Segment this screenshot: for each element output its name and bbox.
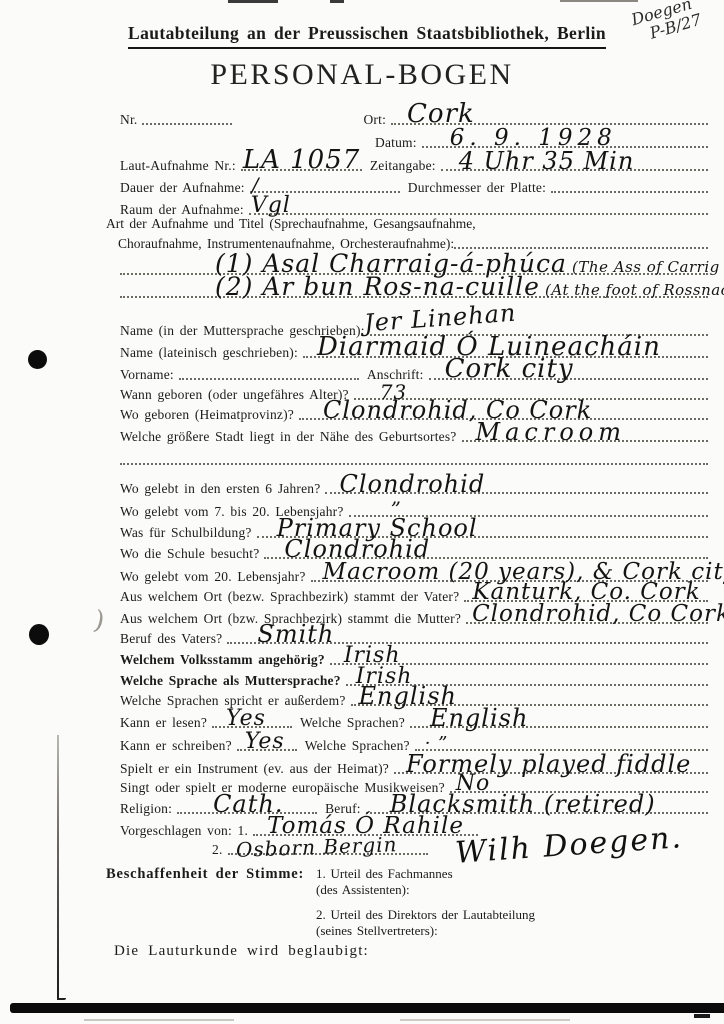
row-nr-ort: Nr. Ort: Cork — [120, 110, 708, 128]
blank-dotted-line — [120, 459, 708, 465]
beruf-vater-label: Beruf des Vaters? — [120, 632, 227, 647]
row-weitere-sprachen: Welche Sprachen spricht er außerdem? Eng… — [120, 689, 708, 709]
hole-punch-top — [28, 350, 47, 369]
religion-label: Religion: — [120, 802, 177, 817]
stimme-label: Beschaffenheit der Stimme: — [106, 866, 316, 883]
row-volksstamm: Welchem Volksstamm angehörig? Irish — [120, 647, 708, 668]
scan-top-dash — [228, 0, 278, 3]
volksstamm-label: Welchem Volksstamm angehörig? — [120, 653, 330, 668]
title-2-value: (2) Ar bun Ros-na-cuille (At the foot of… — [215, 274, 724, 299]
nr-label: Nr. — [120, 113, 142, 128]
gelebt-erste6-line: Clondrohid — [325, 488, 708, 494]
durchmesser-label: Durchmesser der Platte: — [408, 181, 551, 196]
hole-punch-bottom — [29, 624, 49, 645]
beruf-vater-value: Smith — [257, 622, 334, 646]
instrument-value: Formely played fiddle — [406, 752, 691, 776]
anschrift-line: Cork city — [429, 374, 708, 380]
title-2-english: (At the foot of Rossnacille) — [545, 281, 724, 299]
scan-bottom-dash — [84, 1019, 234, 1021]
form-body: Nr. Ort: Cork Datum: 6. 9. 1928 Laut-Auf… — [120, 110, 708, 960]
scanned-personal-bogen-form: Doegen P-B/27 Lautabteilung an der Preus… — [0, 0, 724, 1024]
laut-nr-line: LA 1057 — [241, 165, 362, 171]
schreiben-sprachen-label: Welche Sprachen? — [305, 739, 415, 754]
nr-line — [142, 119, 232, 125]
name-latein-label: Name (lateinisch geschrieben): — [120, 346, 303, 361]
title-2-line: (2) Ar bun Ros-na-cuille (At the foot of… — [120, 292, 708, 298]
urteil-1-line1: 1. Urteil des Fachmannes — [316, 866, 453, 882]
datum-label: Datum: — [375, 136, 422, 151]
scan-fold-line — [57, 735, 59, 1000]
title-2-irish: (2) Ar bun Ros-na-cuille — [215, 272, 540, 301]
row-urteil-2: 2. Urteil des Direktors der Lautabteilun… — [120, 907, 708, 938]
row-art-line1: Art der Aufnahme und Titel (Sprechaufnah… — [120, 218, 708, 232]
urteil-2-line2: (seines Stellvertreters): — [316, 923, 535, 939]
vorgeschlagen2-value: Osborn Bergin — [235, 834, 397, 860]
gelebt-erste6-value: Clondrohid — [339, 472, 485, 496]
lesen-sprachen-value: English — [430, 706, 528, 730]
vorname-label: Vorname: — [120, 368, 179, 383]
gelebt-ab20-label: Wo gelebt vom 20. Lebensjahr? — [120, 570, 311, 585]
ort-vater-label: Aus welchem Ort (bezw. Sprachbezirk) sta… — [120, 590, 464, 605]
stadt-naehe-line: Macroom — [462, 436, 708, 442]
instrument-line: Formely played fiddle — [394, 768, 708, 774]
raum-value: Vgl — [251, 195, 291, 217]
stadt-naehe-label: Welche größere Stadt liegt in der Nähe d… — [120, 430, 462, 445]
institution-header: Lautabteilung an der Preussischen Staats… — [128, 23, 606, 49]
dauer-label: Dauer der Aufnahme: — [120, 181, 250, 196]
row-lesen: Kann er lesen? Yes Welche Sprachen? Engl… — [120, 709, 708, 731]
schreiben-value: Yes — [245, 731, 285, 753]
dauer-value: / — [252, 175, 260, 195]
wann-geboren-label: Wann geboren (oder ungefähres Alter)? — [120, 388, 354, 403]
row-title-2: (2) Ar bun Ros-na-cuille (At the foot of… — [120, 278, 708, 301]
vorname-line — [179, 374, 359, 380]
row-vorname-anschrift: Vorname: Anschrift: Cork city — [120, 361, 708, 383]
row-gelebt-erste6: Wo gelebt in den ersten 6 Jahren? Clondr… — [120, 468, 708, 497]
stadt-naehe-value: Macroom — [476, 420, 626, 444]
laut-nr-value: LA 1057 — [243, 147, 360, 173]
durchmesser-line — [551, 187, 708, 193]
urteil-2: 2. Urteil des Direktors der Lautabteilun… — [316, 907, 535, 938]
weitere-sprachen-line: English — [351, 700, 708, 706]
schule-besucht-label: Wo die Schule besucht? — [120, 547, 264, 562]
name-mutter-value: Jer Linehan — [363, 301, 517, 336]
row-blank-line — [120, 445, 708, 468]
raum-line: Vgl — [249, 209, 708, 215]
row-groessere-stadt: Welche größere Stadt liegt in der Nähe d… — [120, 423, 708, 445]
schreiben-line: Yes — [237, 745, 297, 751]
stray-pen-mark: ) — [91, 605, 107, 636]
ort-value: Cork — [407, 101, 475, 127]
scan-bottom-bar — [10, 1003, 724, 1013]
handwritten-archive-reference: Doegen P-B/27 — [629, 0, 703, 47]
muttersprache-label: Welche Sprache als Muttersprache? — [120, 674, 346, 689]
row-stimme: Beschaffenheit der Stimme: 1. Urteil des… — [120, 866, 708, 897]
row-name-lateinisch: Name (lateinisch geschrieben): Diarmaid … — [120, 339, 708, 361]
gelebt-erste6-label: Wo gelebt in den ersten 6 Jahren? — [120, 482, 325, 497]
beruf-vater-line: Smith — [227, 638, 708, 644]
ort-mutter-line: Clondrohid, Co Cork — [466, 618, 708, 624]
row-lautnr-zeit: Laut-Aufnahme Nr.: LA 1057 Zeitangabe: 4… — [120, 151, 708, 174]
laut-nr-label: Laut-Aufnahme Nr.: — [120, 159, 241, 174]
art-label-line1: Art der Aufnahme und Titel (Sprechaufnah… — [106, 217, 476, 232]
ort-mutter-value: Clondrohid, Co Cork — [472, 603, 724, 626]
scan-top-dash — [330, 0, 344, 3]
lesen-sprachen-label: Welche Sprachen? — [300, 716, 410, 731]
scan-fold-line-foot — [57, 998, 66, 1000]
vorgeschlagen2-line: Osborn Bergin — [228, 849, 428, 855]
instrument-label: Spielt er ein Instrument (ev. aus der He… — [120, 762, 394, 777]
row-ort-mutter: Aus welchem Ort (bzw. Sprachbezirk) stam… — [120, 605, 708, 627]
zeitangabe-label: Zeitangabe: — [370, 159, 441, 174]
row-beruf-vater: Beruf des Vaters? Smith — [120, 627, 708, 647]
lesen-sprachen-line: English — [410, 722, 708, 728]
ort-label: Ort: — [363, 113, 391, 128]
scan-bottom-dash — [400, 1019, 570, 1021]
lesen-line: Yes — [212, 722, 292, 728]
schreiben-label: Kann er schreiben? — [120, 739, 237, 754]
urteil-1-line2: (des Assistenten): — [316, 882, 453, 898]
urteil-2-line1: 2. Urteil des Direktors der Lautabteilun… — [316, 907, 535, 923]
zeitangabe-line: 4 Uhr 35 Min — [441, 165, 708, 171]
row-instrument: Spielt er ein Instrument (ev. aus der He… — [120, 754, 708, 777]
lesen-value: Yes — [226, 708, 266, 730]
urteil-1: 1. Urteil des Fachmannes (des Assistente… — [316, 866, 453, 897]
schule-besucht-value: Clondrohid — [284, 537, 430, 561]
scan-bottom-corner-mark — [694, 1014, 710, 1018]
vorgeschlagen1-label: Vorgeschlagen von: 1. — [120, 824, 253, 839]
row-dauer-durchmesser: Dauer der Aufnahme: / Durchmesser der Pl… — [120, 174, 708, 196]
wo-geboren-label: Wo geboren (Heimatprovinz)? — [120, 408, 299, 423]
form-title: PERSONAL-BOGEN — [0, 58, 724, 92]
scan-top-dash — [560, 0, 638, 2]
schulbildung-label: Was für Schulbildung? — [120, 526, 257, 541]
lesen-label: Kann er lesen? — [120, 716, 212, 731]
beglaubigt-label: Die Lauturkunde wird beglaubigt: — [114, 943, 708, 960]
zeitangabe-value: 4 Uhr 35 Min — [459, 149, 635, 173]
row-raum: Raum der Aufnahme: Vgl — [120, 196, 708, 218]
anschrift-value: Cork city — [445, 356, 574, 382]
vorgeschlagen2-label: 2. — [212, 843, 228, 858]
